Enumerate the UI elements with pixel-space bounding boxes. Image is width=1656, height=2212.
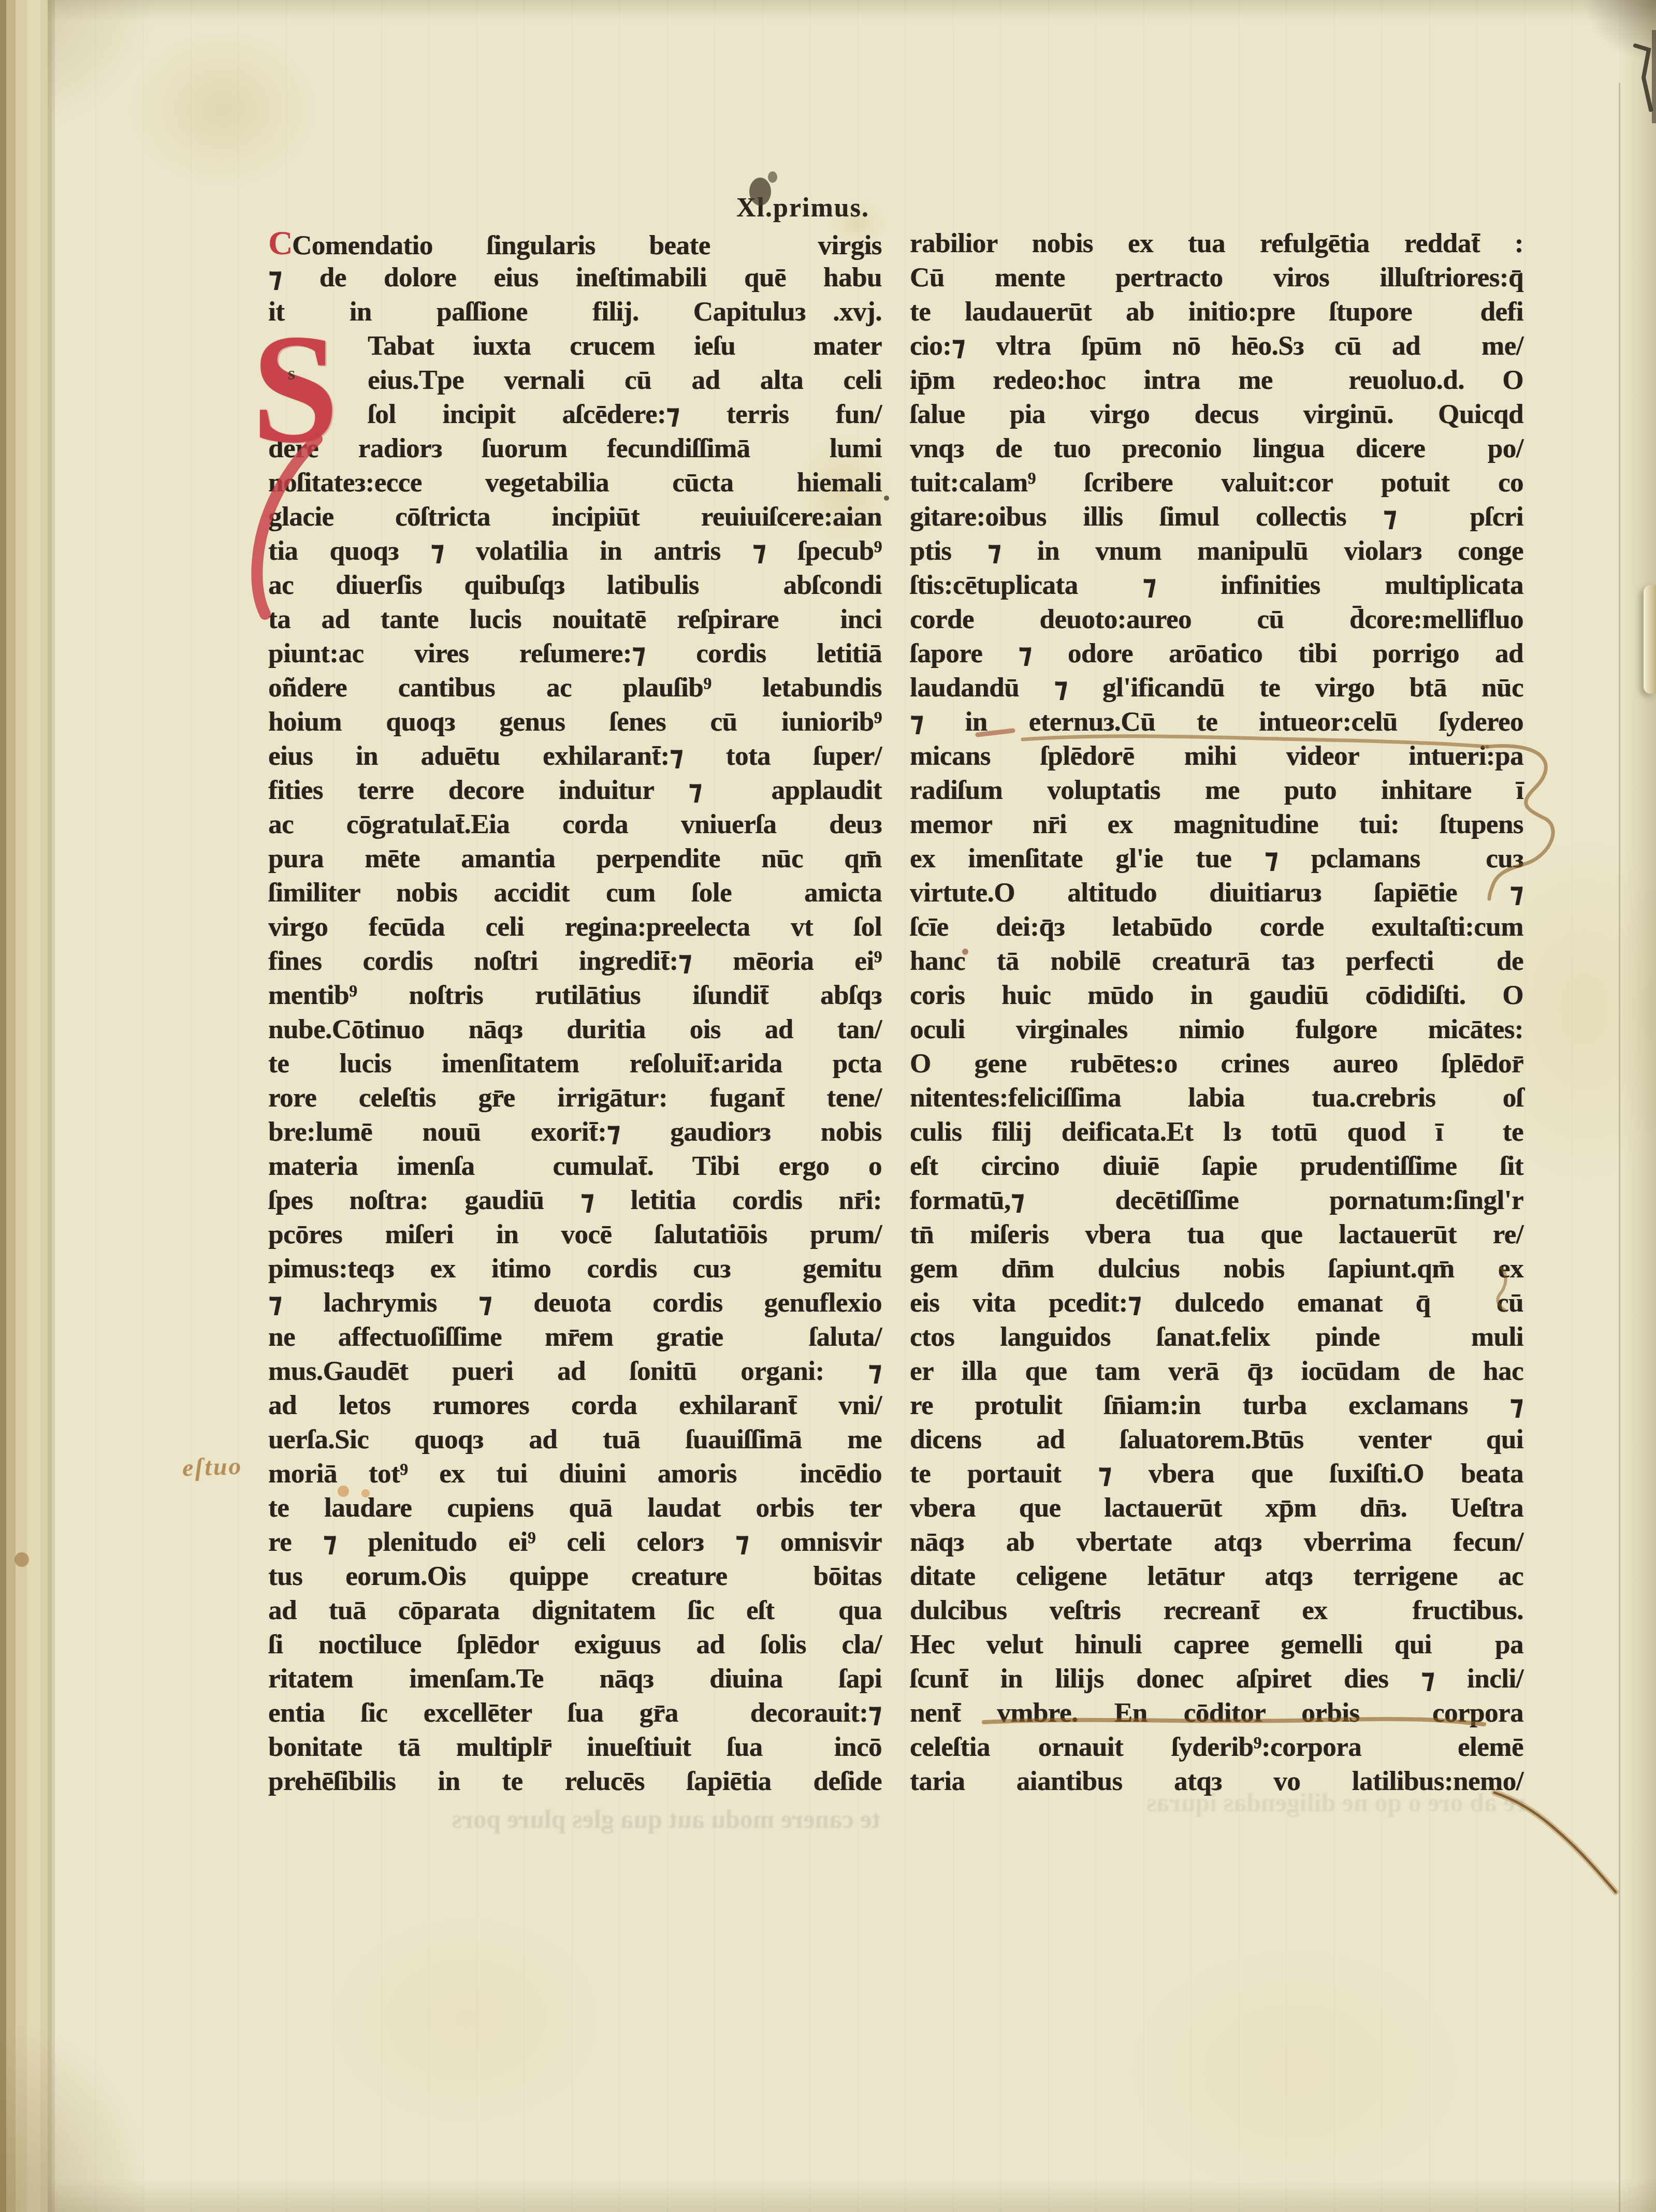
- text-line: cio:⁊ vltra ſpūm nō hēo.Sз cū ad me/: [910, 329, 1523, 363]
- text-line: vnqз de tuo preconio lingua dicere po/: [910, 431, 1523, 465]
- verso-bleedthrough-text: re ab ore o qo ne diligendas iquras: [910, 1787, 1526, 1817]
- text-line: bonitate tā multiplr̄ inueſtiuit ſua inc…: [268, 1730, 882, 1764]
- text-line: ⁊ de dolore eius ineſtimabili quē habu: [268, 260, 882, 295]
- text-line: micans ſplēdorē mihi videor intueri:pa: [910, 739, 1523, 773]
- text-line: tus eorum.Ois quippe creature bōitas: [268, 1559, 882, 1593]
- text-line: O gene rubētes:o crines aureo ſplēdor̄: [910, 1046, 1523, 1081]
- text-line: tia quoqз ⁊ volatilia in antris ⁊ ſpecub…: [268, 534, 882, 568]
- text-line: celeſtia ornauit ſyderib⁹:corpora elemē: [910, 1730, 1523, 1764]
- text-line: oculi virginales nimio fulgore micātes:: [910, 1012, 1523, 1046]
- text-line: te laudare cupiens quā laudat orbis ter: [268, 1491, 882, 1525]
- text-line: nāqз ab vbertate atqз vberrima fecun/: [910, 1525, 1523, 1559]
- text-line: ta ad tante lucis nouitatē reſpirare inc…: [268, 602, 882, 636]
- text-line: moriā tot⁹ ex tui diuini amoris incēdio: [268, 1457, 882, 1491]
- text-line: re ⁊ plenitudo ei⁹ celi celorз ⁊ omnisvi…: [268, 1525, 882, 1559]
- text-line: coris huic mūdo in gaudiū cōdidiſti. O: [910, 978, 1523, 1012]
- text-line: virtute.O altitudo diuitiaruз ſapiētie ⁊: [910, 876, 1523, 910]
- text-line: culis filij deificata.Et lз totū quod ī …: [910, 1115, 1523, 1149]
- text-line: bre:lumē nouū exorit̄:⁊ gaudiorз nobis: [268, 1115, 882, 1149]
- text-line: ac cōgratulat̄.Eia corda vniuerſa deuз: [268, 807, 882, 841]
- text-line: ſimiliter nobis accidit cum ſole amicta: [268, 876, 882, 910]
- text-line: Tabat iuxta crucem ieſu mater: [268, 329, 882, 363]
- text-line: ſalue pia virgo decus virginū. Quicqd: [910, 397, 1523, 431]
- text-line: rabilior nobis ex tua refulgētia reddat̄…: [910, 226, 1523, 260]
- text-line: te portauit ⁊ vbera que ſuxiſti.O beata: [910, 1457, 1523, 1491]
- bottom-left-corner-shade: [0, 1974, 145, 2212]
- text-line: eſt circino diuiē ſapie prudentiſſime ſi…: [910, 1149, 1523, 1183]
- text-line: dicens ad ſaluatorem.Btūs venter qui: [910, 1422, 1523, 1457]
- text-line: Cū mente pertracto viros illuſtriores:q̄: [910, 260, 1523, 295]
- text-line: ip̄m redeo:hoc intra me reuoluo.d. O: [910, 363, 1523, 397]
- text-line: ad tuā cōparata dignitatem ſic eſt qua: [268, 1593, 882, 1627]
- right-page-edge: [1619, 0, 1656, 2212]
- text-line: fines cordis noſtri ingredit̄:⁊ mēoria e…: [268, 944, 882, 978]
- text-line: corde deuoto:aureo cū d̄core:mellifluo: [910, 602, 1523, 636]
- text-line: gem dn̄m dulcius nobis ſapiunt.qm̄ ex: [910, 1251, 1523, 1286]
- right-edge-curl: [1644, 585, 1656, 694]
- text-line: nent̄ vmbre. En cōditor orbis corpora: [910, 1696, 1523, 1730]
- text-line: ſapore ⁊ odore arōatico tibi porrigo ad: [910, 636, 1523, 671]
- text-line: pimus:teqз ex itimo cordis cuз gemitu: [268, 1251, 882, 1286]
- text-line: hoium quoqз genus ſenes cū iuniorib⁹: [268, 705, 882, 739]
- text-line: uerſa.Sic quoqз ad tuā ſuauiſſimā me: [268, 1422, 882, 1457]
- text-line: piunt:ac vires reſumere:⁊ cordis letitiā: [268, 636, 882, 671]
- text-line: ad letos rumores corda exhilarant̄ vni/: [268, 1388, 882, 1422]
- text-line: er illa que tam verā q̄з iocūdam de hac: [910, 1354, 1523, 1388]
- text-line: eis vita pcedit:⁊ dulcedo emanat q̄ cū: [910, 1286, 1523, 1320]
- text-line: dere radiorз ſuorum fecundiſſimā lumi: [268, 431, 882, 465]
- rubric-paragraph-mark: C: [268, 226, 292, 260]
- text-line: materia imenſa cumulat̄. Tibi ergo o: [268, 1149, 882, 1183]
- text-line: fities terre decore induitur ⁊ applaudit: [268, 773, 882, 807]
- text-line: tn̄ miſeris vbera tua que lactauerūt re/: [910, 1217, 1523, 1251]
- text-line: ctos languidos ſanat.felix pinde muli: [910, 1320, 1523, 1354]
- text-line: re protulit ſn̄iam:in turba exclamans ⁊: [910, 1388, 1523, 1422]
- text-line: ac diuerſis quibuſqз latibulis abſcondi: [268, 568, 882, 602]
- text-line: ſcunt̄ in lilijs donec aſpiret dies ⁊ in…: [910, 1662, 1523, 1696]
- text-line: ex imenſitate gl'ie tue ⁊ pclamans cuз: [910, 841, 1523, 876]
- text-line: ſol incipit aſcēdere:⁊ terris fun/: [268, 397, 882, 431]
- binding-gutter-leaf-edges: [0, 0, 58, 2212]
- text-line: eius.Tpe vernali cū ad alta celi: [268, 363, 882, 397]
- text-line: hanc tā nobilē creaturā taз perfecti de: [910, 944, 1523, 978]
- text-line: nube.Cōtinuo nāqз duritia ois ad tan/: [268, 1012, 882, 1046]
- text-line: mentib⁹ noſtris rutilātius iſundit̄ abſq…: [268, 978, 882, 1012]
- text-line: pcōres miſeri in vocē ſalutatiōis prum/: [268, 1217, 882, 1251]
- text-line: ne affectuoſiſſime mr̄em gratie ſaluta/: [268, 1320, 882, 1354]
- text-line: ditate celigene letātur atqз terrigene a…: [910, 1559, 1523, 1593]
- text-line: memor nr̄i ex magnitudine tui: ſtupens: [910, 807, 1523, 841]
- text-line: entia ſic excellēter ſua gr̄a decorauit:…: [268, 1696, 882, 1730]
- text-column-right: rabilior nobis ex tua refulgētia reddat̄…: [910, 226, 1523, 1798]
- text-line: virgo fecūda celi regina:preelecta vt ſo…: [268, 910, 882, 944]
- text-line: ſpes noſtra: gaudiū ⁊ letitia cordis nr̄…: [268, 1183, 882, 1217]
- text-line: ſi noctiluce ſplēdor exiguus ad ſolis cl…: [268, 1627, 882, 1662]
- text-line: Hec velut hinuli capree gemelli qui pa: [910, 1627, 1523, 1662]
- text-line: ritatem imenſam.Te nāqз diuina ſapi: [268, 1662, 882, 1696]
- text-line: pura mēte amantia perpendite nūc qm̄: [268, 841, 882, 876]
- text-line: gitare:oibus illis ſimul collectis ⁊ pſc…: [910, 500, 1523, 534]
- text-line: radiſum voluptatis me puto inhitare ī: [910, 773, 1523, 807]
- text-line: rore celeſtis gr̄e irrigātur: fugant̄ te…: [268, 1081, 882, 1115]
- text-line: vbera que lactauerūt xp̄m dn̄з. Ueſtra: [910, 1491, 1523, 1525]
- text-line: ⁊ lachrymis ⁊ deuota cordis genuflexio: [268, 1286, 882, 1320]
- rubricated-initial: S: [252, 316, 339, 462]
- text-line: oñdere cantibus ac plauſib⁹ letabundis: [268, 671, 882, 705]
- text-line: ſcīe dei:q̄з letabūdo corde exultaſti:cu…: [910, 910, 1523, 944]
- text-line: ſtis:cētuplicata ⁊ infinities multiplica…: [910, 568, 1523, 602]
- text-line: laudandū ⁊ gl'ificandū te virgo btā nūc: [910, 671, 1523, 705]
- text-line: mus.Gaudēt pueri ad ſonitū organi: ⁊: [268, 1354, 882, 1388]
- folio-heading: Xl.primus.: [736, 193, 869, 223]
- guide-letter: s: [288, 362, 295, 384]
- text-line: noſitateз:ecce vegetabilia cūcta hiemali: [268, 465, 882, 500]
- verso-bleedthrough-text: te canere modu aut qua gles plure pors: [269, 1804, 880, 1834]
- book-page-photo: Xl.primus. S s CComendatio ſingularis be…: [0, 0, 1656, 2212]
- text-line: te laudauerūt ab initio:pre ſtupore defi: [910, 295, 1523, 329]
- text-line: ptis ⁊ in vnum manipulū violarз conge: [910, 534, 1523, 568]
- text-line: tuit:calam⁹ ſcribere valuit:cor potuit c…: [910, 465, 1523, 500]
- text-line: CComendatio ſingularis beate virgis: [268, 226, 882, 260]
- handwritten-margin-note: eſtuo: [182, 1452, 243, 1482]
- text-line: formatū,⁊ decētiſſime pornatum:ſingl'r: [910, 1183, 1523, 1217]
- text-line: ⁊ in eternuз.Cū te intueor:celū ſydereo: [910, 705, 1523, 739]
- text-column-left: CComendatio ſingularis beate virgis⁊ de …: [268, 226, 882, 1798]
- text-line: prehēſibilis in te relucēs ſapiētia deſi…: [268, 1764, 882, 1798]
- text-line: glacie cōſtricta incipiūt reuiuiſcere:ai…: [268, 500, 882, 534]
- text-line: dulcibus veſtris recreant̄ ex fructibus.: [910, 1593, 1523, 1627]
- text-line: nitentes:feliciſſima labia tua.crebris o…: [910, 1081, 1523, 1115]
- text-line: te lucis imenſitatem reſoluit̄:arida pct…: [268, 1046, 882, 1081]
- text-line: it in paſſione filij. Capituluз .xvj.: [268, 295, 882, 329]
- text-line: eius in aduētu exhilarant̄:⁊ tota ſuper/: [268, 739, 882, 773]
